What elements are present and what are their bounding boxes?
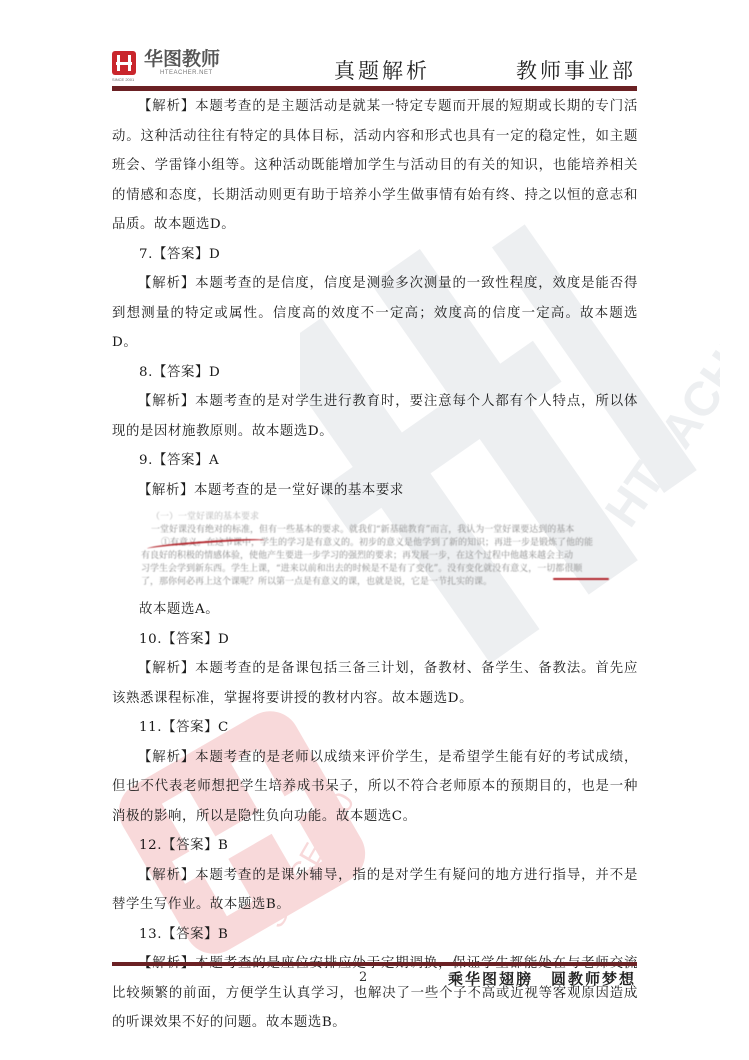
logo-domain: HTEACHER.NET — [160, 70, 220, 76]
conclusion-q9: 故本题选A。 — [112, 595, 638, 625]
answer-q13: 13.【答案】B — [112, 920, 638, 950]
textbook-excerpt-image: （一）一堂好课的基本要求 一堂好课没有绝对的标准，但有一些基本的要求。就我们“新… — [141, 511, 689, 587]
answer-q12: 12.【答案】B — [112, 831, 638, 861]
header-department: 教师事业部 — [516, 55, 636, 85]
header-title: 真题解析 — [334, 55, 430, 85]
analysis-q12: 【解析】本题考查的是课外辅导，指的是对学生有疑问的地方进行指导，并不是替学生写作… — [112, 861, 638, 920]
page-number: 2 — [359, 970, 367, 985]
header-divider — [112, 86, 637, 91]
analysis-q6: 【解析】本题考查的是主题活动是就某一特定专题而开展的短期或长期的专门活动。这种活… — [112, 92, 638, 240]
red-underline-annotation — [553, 578, 609, 580]
answer-q7: 7.【答案】D — [112, 240, 638, 270]
slogan-part-2: 圆教师梦想 — [551, 970, 636, 988]
analysis-q9: 【解析】本题考查的是一堂好课的基本要求 — [112, 476, 638, 506]
logo-since: SINCE 2001 — [112, 77, 134, 82]
answer-q11: 11.【答案】C — [112, 713, 638, 743]
logo-name: 华图教师 — [144, 50, 220, 69]
analysis-q10: 【解析】本题考查的是备课包括三备三计划，备教材、备学生、备教法。首先应该熟悉课程… — [112, 654, 638, 713]
slogan-part-1: 乘华图翅膀 — [448, 970, 533, 988]
analysis-q7: 【解析】本题考查的是信度，信度是测验多次测量的一致性程度，效度是能否得到想测量的… — [112, 269, 638, 358]
page-header: SINCE 2001 华图教师 HTEACHER.NET 真题解析 教师事业部 — [112, 48, 638, 82]
document-body: 【解析】本题考查的是主题活动是就某一特定专题而开展的短期或长期的专门活动。这种活… — [112, 92, 638, 1038]
answer-q10: 10.【答案】D — [112, 625, 638, 655]
analysis-q8: 【解析】本题考查的是对学生进行教育时，要注意每个人都有个人特点，所以体现的是因材… — [112, 387, 638, 446]
footer-divider — [112, 962, 637, 966]
brand-mark-icon — [112, 51, 136, 75]
brand-logo: SINCE 2001 华图教师 HTEACHER.NET — [112, 50, 220, 76]
footer-slogan: 乘华图翅膀圆教师梦想 — [448, 968, 636, 989]
answer-q9: 9.【答案】A — [112, 446, 638, 476]
answer-q8: 8.【答案】D — [112, 358, 638, 388]
analysis-q11: 【解析】本题考查的是老师以成绩来评价学生，是希望学生能有好的考试成绩，但也不代表… — [112, 743, 638, 832]
